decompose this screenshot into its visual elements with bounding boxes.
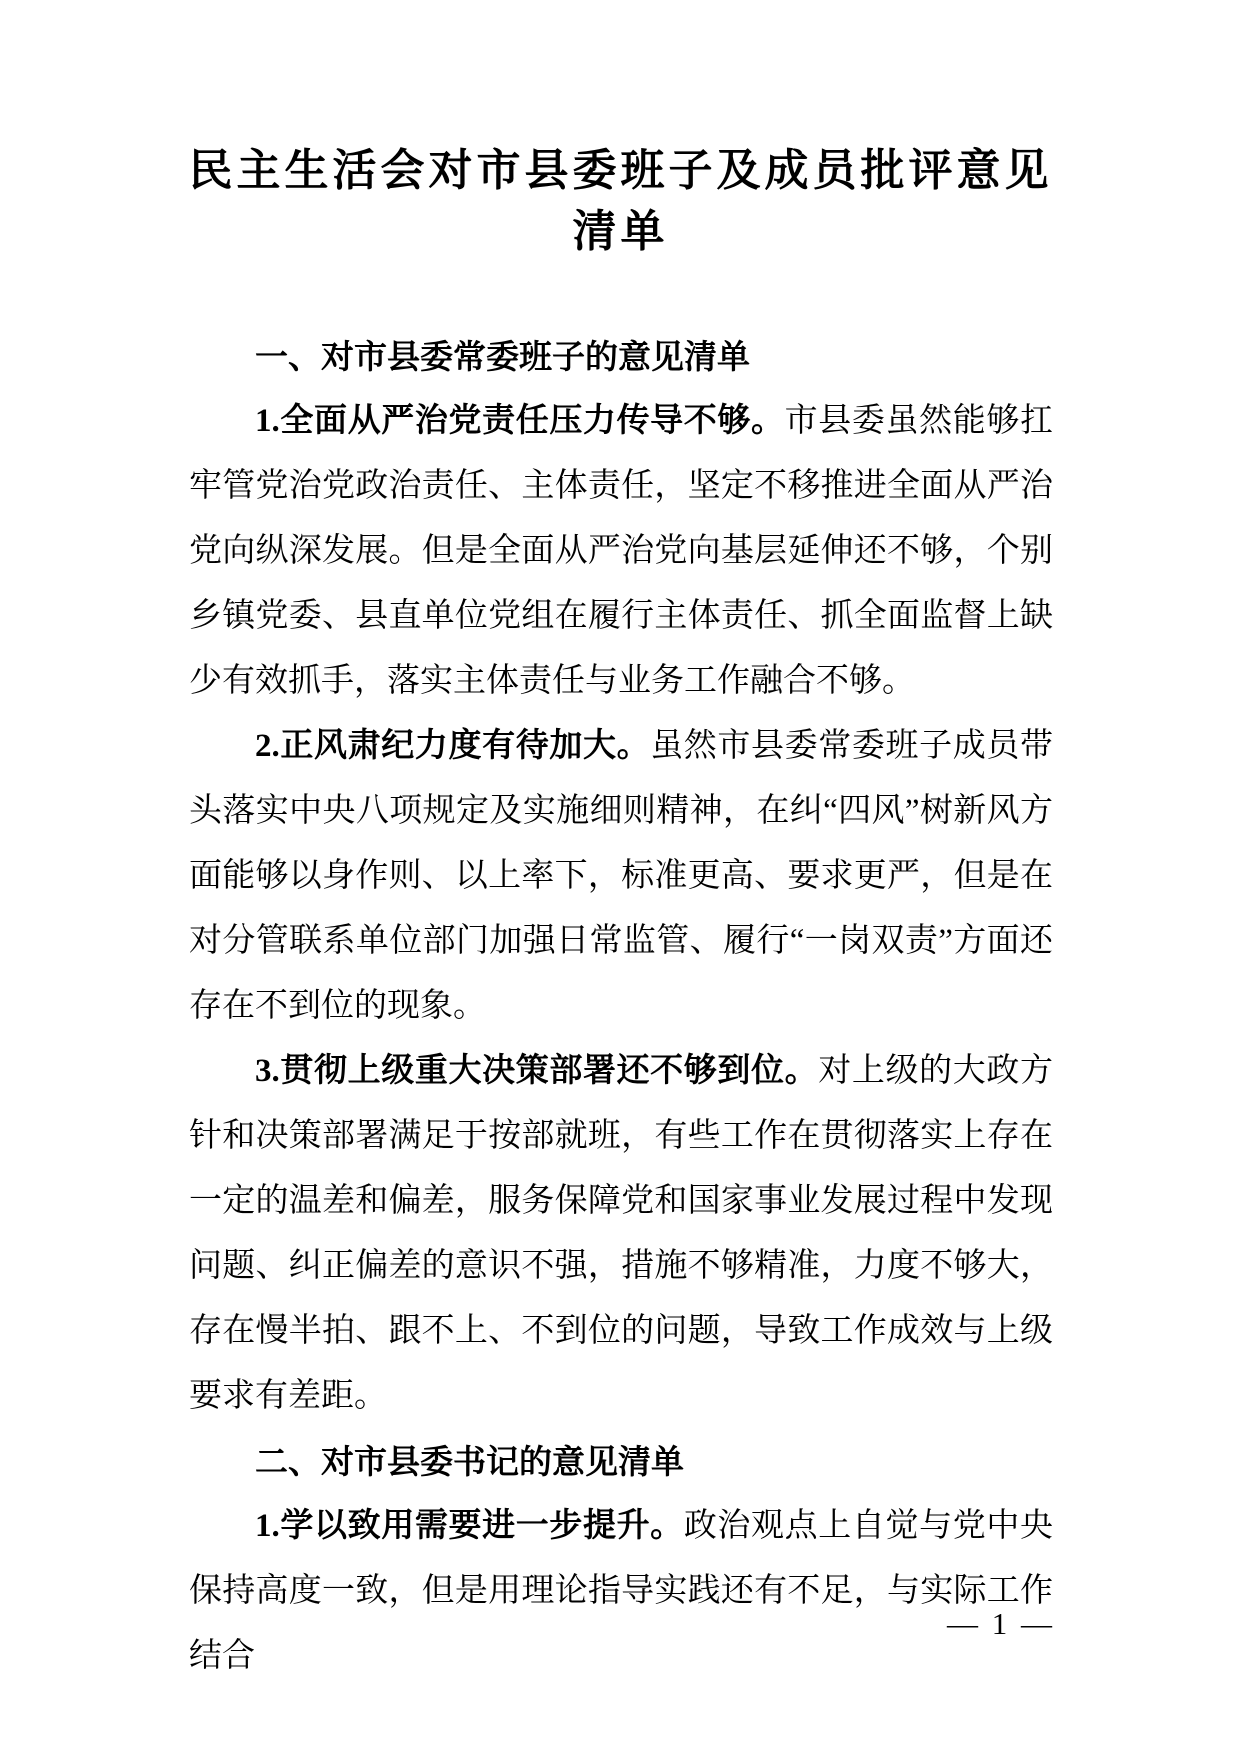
paragraph-2-lead: 2.正风肃纪力度有待加大。: [255, 728, 650, 764]
section-1-paragraph-2: 2.正风肃纪力度有待加大。虽然市县委常委班子成员带头落实中央八项规定及实施细则精…: [189, 714, 1053, 1039]
document-page: 民主生活会对市县委班子及成员批评意见清单 一、对市县委常委班子的意见清单 1.全…: [0, 0, 1241, 1755]
document-title: 民主生活会对市县委班子及成员批评意见清单: [181, 0, 1061, 262]
paragraph-1-text: 市县委虽然能够扛牢管党治党政治责任、主体责任，坚定不移推进全面从严治党向纵深发展…: [189, 403, 1053, 699]
page-number: — 1 —: [947, 1606, 1055, 1642]
document-body: 一、对市县委常委班子的意见清单 1.全面从严治党责任压力传导不够。市县委虽然能够…: [189, 324, 1053, 1689]
section-1-heading: 一、对市县委常委班子的意见清单: [189, 324, 1053, 389]
paragraph-3-text: 对上级的大政方针和决策部署满足于按部就班，有些工作在贯彻落实上存在一定的温差和偏…: [189, 1053, 1053, 1414]
paragraph-1-lead: 1.全面从严治党责任压力传导不够。: [255, 403, 785, 439]
section-2-paragraph-1: 1.学以致用需要进一步提升。政治观点上自觉与党中央保持高度一致，但是用理论指导实…: [189, 1494, 1053, 1689]
section-1-paragraph-3: 3.贯彻上级重大决策部署还不够到位。对上级的大政方针和决策部署满足于按部就班，有…: [189, 1039, 1053, 1429]
section-2-heading: 二、对市县委书记的意见清单: [189, 1429, 1053, 1494]
paragraph-3-lead: 3.贯彻上级重大决策部署还不够到位。: [255, 1053, 818, 1089]
paragraph-4-lead: 1.学以致用需要进一步提升。: [255, 1508, 684, 1544]
paragraph-2-text: 虽然市县委常委班子成员带头落实中央八项规定及实施细则精神，在纠“四风”树新风方面…: [189, 728, 1053, 1024]
section-1-paragraph-1: 1.全面从严治党责任压力传导不够。市县委虽然能够扛牢管党治党政治责任、主体责任，…: [189, 389, 1053, 714]
